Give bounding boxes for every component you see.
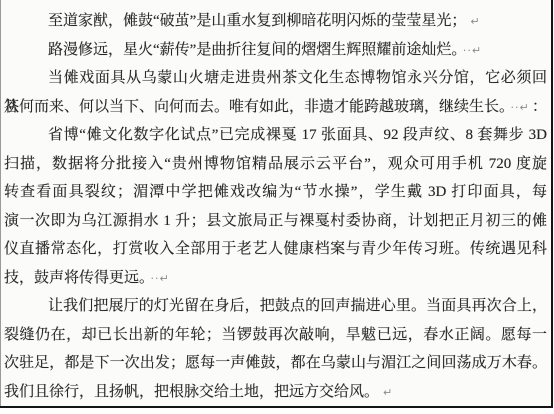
text-line: 仪直播常态化，打赏收入全部用于老艺人健康档案与青少年传习班。传统遇见科 — [4, 235, 547, 264]
line-text: 路漫修远，星火“薪传”是曲折往复间的熠熠生辉照耀前途灿烂。 — [48, 42, 459, 58]
line-text: 技，鼓声将传得更远。 — [4, 270, 147, 286]
text-line: 次驻足，都是下一次出发；愿每一声傩鼓，都在乌蒙山与湄江之间回荡成万木春。 — [4, 349, 547, 378]
line-text: 让我们把展厅的灯光留在身后，把鼓点的回声揣进心里。当面具再次合上， — [48, 298, 547, 314]
page-edge-left — [0, 0, 1, 407]
document-page: 至道家猷，傩鼓“破茧”是山重水复到柳暗花明闪烁的莹莹星光；↵ 路漫修远，星火“薪… — [0, 0, 554, 414]
text-line: 至道家猷，傩鼓“破茧”是山重水复到柳暗花明闪烁的莹莹星光；↵ — [4, 7, 547, 36]
line-text: 扫描，数据将分批接入“贵州博物馆精品展示云平台”，观众可用手机 720 度旋 — [4, 156, 547, 172]
line-text: 省博“傩文化数字化试点”已完成裸戛 17 张面具、92 段声纹、8 套舞步 3D — [48, 127, 547, 143]
line-text: 仪直播常态化，打赏收入全部用于老艺人健康档案与青少年传习班。传统遇见科 — [4, 241, 547, 257]
text-line: 我们且徐行，且扬帆，把根脉交给土地，把远方交给风。↵ — [4, 378, 547, 407]
paragraph-mark-icon: ··↵ — [511, 101, 530, 114]
text-line: 路漫修远，星火“薪传”是曲折往复间的熠熠生辉照耀前途灿烂。··↵ — [4, 36, 547, 65]
document-text: 至道家猷，傩鼓“破茧”是山重水复到柳暗花明闪烁的莹莹星光；↵ 路漫修远，星火“薪… — [0, 0, 550, 406]
text-line: 省博“傩文化数字化试点”已完成裸戛 17 张面具、92 段声纹、8 套舞步 3D — [4, 121, 547, 150]
page-edge-right — [551, 0, 553, 408]
paragraph-mark-icon: ··↵ — [463, 44, 482, 57]
line-text: 次驻足，都是下一次出发；愿每一声傩鼓，都在乌蒙山与湄江之间回荡成万木春。 — [4, 355, 547, 371]
text-line: 扫描，数据将分批接入“贵州博物馆精品展示云平台”，观众可用手机 720 度旋 — [4, 150, 547, 179]
text-line: 让我们把展厅的灯光留在身后，把鼓点的回声揣进心里。当面具再次合上， — [4, 292, 547, 321]
paragraph-mark-icon: ↵ — [383, 386, 393, 399]
line-text: 裂缝仍在，却已长出新的年轮；当锣鼓再次敲响，旱魃已远，春水正阔。愿每一 — [4, 327, 547, 343]
line-text: 至道家猷，傩鼓“破茧”是山重水复到柳暗花明闪烁的莹莹星光； — [48, 13, 466, 29]
text-line: 从何而来、何以当下、向何而去。唯有如此，非遗才能跨越玻璃，继续生长。··↵ — [4, 93, 547, 122]
text-line: 转查看面具裂纹；湄潭中学把傩戏改编为“节水操”，学生戴 3D 打印面具，每 — [4, 178, 547, 207]
area-below-page — [0, 408, 554, 414]
text-line: 当傩戏面具从乌蒙山火塘走进贵州茶文化生态博物馆永兴分馆，它必须回答： — [4, 64, 547, 93]
paragraph-mark-icon: ↵ — [470, 15, 480, 28]
text-line: 裂缝仍在，却已长出新的年轮；当锣鼓再次敲响，旱魃已远，春水正阔。愿每一 — [4, 321, 547, 350]
text-line: 技，鼓声将传得更远。··↵ — [4, 264, 547, 293]
text-line: 演一次即为乌江源捐水 1 升；县文旅局正与裸戛村委协商，计划把正月初三的傩 — [4, 207, 547, 236]
line-text: 转查看面具裂纹；湄潭中学把傩戏改编为“节水操”，学生戴 3D 打印面具，每 — [4, 184, 547, 200]
line-text: 演一次即为乌江源捐水 1 升；县文旅局正与裸戛村委协商，计划把正月初三的傩 — [4, 213, 547, 229]
paragraph-mark-icon: ··↵ — [151, 272, 170, 285]
line-text: 从何而来、何以当下、向何而去。唯有如此，非遗才能跨越玻璃，继续生长。 — [4, 99, 507, 115]
line-text: 我们且徐行，且扬帆，把根脉交给土地，把远方交给风。 — [4, 384, 379, 400]
